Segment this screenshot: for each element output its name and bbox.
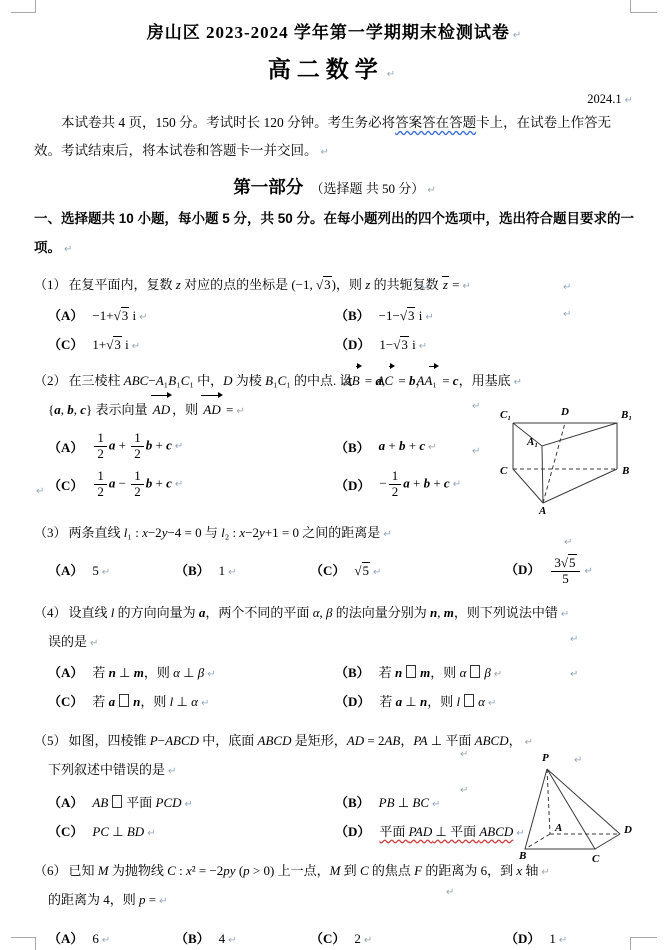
question-1-options: （A）−1+√3 i （B）−1−√3 i （C）1+√3 i （D）1−√3 … xyxy=(34,302,635,360)
option-a: （A）6 xyxy=(48,925,175,950)
question-4-options: （A）若 n ⊥ m，则 α ⊥ β （B）若 nm，则 αβ （C）若 an，… xyxy=(34,659,635,717)
option-d: （D）1 xyxy=(505,925,635,950)
exam-title: 房山区 2023-2024 学年第一学期期末检测试卷 xyxy=(34,18,635,43)
question-number: （2） xyxy=(34,373,67,388)
vertex-label: B xyxy=(621,465,629,477)
question-6-stem: （6）已知 M 为抛物线 C : x² = −2py (p > 0) 上一点，M… xyxy=(34,857,635,886)
paragraph-mark: ↵ xyxy=(446,887,454,898)
crop-mark-bottom-left xyxy=(11,937,36,950)
question-3-stem: （3）两条直线 l₁ : x−2y−4 = 0 与 l₂ : x−2y+1 = … xyxy=(34,519,635,548)
paragraph-mark: ↵ xyxy=(472,446,480,457)
paragraph-mark: ↵ xyxy=(472,401,480,412)
question-1-stem: （1）在复平面内，复数 z 对应的点的坐标是 (−1, √3)，则 z 的共轭复… xyxy=(34,271,635,300)
question-number: （4） xyxy=(34,605,67,620)
paragraph-mark: ↵ xyxy=(563,309,571,320)
vertex-label: B₁ xyxy=(620,409,632,421)
pyramid-edges xyxy=(525,769,620,849)
question-6-stem-line2: 的距离为 4，则 p = xyxy=(34,886,635,915)
exam-subject: 高二数学 xyxy=(34,51,635,84)
option-a: （A）−1+√3 i xyxy=(48,302,335,331)
paragraph-mark: ↵ xyxy=(460,785,468,796)
question-6: （6）已知 M 为抛物线 C : x² = −2py (p > 0) 上一点，M… xyxy=(34,857,635,950)
vertex-label: D xyxy=(560,406,569,418)
option-d: （D）若 a ⊥ n，则 lα xyxy=(335,688,635,717)
vertex-label: P xyxy=(542,752,549,764)
vertex-label: C₁ xyxy=(500,409,511,421)
paragraph-mark: ↵ xyxy=(460,749,468,760)
crop-mark-top-left xyxy=(11,0,36,13)
question-2: （2）在三棱柱 ABC−A₁B₁C₁ 中，D 为棱 B₁C₁ 的中点. 设 AB… xyxy=(34,367,635,503)
paragraph-mark: ↵ xyxy=(421,283,429,294)
question-2-stem: （2）在三棱柱 ABC−A₁B₁C₁ 中，D 为棱 B₁C₁ 的中点. 设 AB… xyxy=(34,367,635,396)
option-c: （C）若 an，则 l ⊥ α xyxy=(48,688,335,717)
option-d: （D）1−√3 i xyxy=(335,331,635,360)
option-c: （C）1+√3 i xyxy=(48,331,335,360)
exam-notice: 本试卷共 4 页，150 分。考试时长 120 分钟。考生务必将答案答在答题卡上… xyxy=(34,109,635,167)
question-3: （3）两条直线 l₁ : x−2y−4 = 0 与 l₂ : x−2y+1 = … xyxy=(34,519,635,587)
option-c: （C）√5 xyxy=(310,557,505,586)
option-c: （C）2 xyxy=(310,925,505,950)
exam-page: 房山区 2023-2024 学年第一学期期末检测试卷 高二数学 2024.1 本… xyxy=(0,0,665,950)
question-number: （1） xyxy=(34,277,67,292)
paragraph-mark: ↵ xyxy=(574,755,582,766)
option-a: （A）12a + 12b + c xyxy=(48,427,335,465)
vertex-label: C xyxy=(500,465,508,477)
vertex-label: A xyxy=(554,822,562,834)
part1-subtitle: （选择题 共 50 分） xyxy=(311,181,436,196)
part1-heading: 第一部分 （选择题 共 50 分） xyxy=(34,174,635,199)
crop-mark-top-right xyxy=(630,0,657,13)
question-1: （1）在复平面内，复数 z 对应的点的坐标是 (−1, √3)，则 z 的共轭复… xyxy=(34,271,635,360)
vertex-label: A xyxy=(538,505,546,515)
paragraph-mark: ↵ xyxy=(36,486,44,497)
question-4: （4）设直线 l 的方向向量为 a，两个不同的平面 α, β 的法向量分别为 n… xyxy=(34,599,635,717)
paragraph-mark: ↵ xyxy=(570,634,578,645)
option-c: （C）12a − 12b + c xyxy=(48,465,335,503)
question-number: （6） xyxy=(34,863,67,878)
paragraph-mark: ↵ xyxy=(563,282,571,293)
option-a: （A）AB平面 PCD xyxy=(48,789,335,818)
option-b: （B）−1−√3 i xyxy=(335,302,635,331)
option-d: （D）3√55 xyxy=(505,556,635,587)
triangular-prism-figure: C₁ D B₁ A₁ C B A xyxy=(497,393,657,519)
question-5: （5）如图，四棱锥 P−ABCD 中，底面 ABCD 是矩形，AD = 2AB，… xyxy=(34,727,635,847)
part1-instructions: 一、选择题共 10 小题，每小题 5 分，共 50 分。在每小题列出的四个选项中… xyxy=(34,204,635,264)
option-a: （A）5 xyxy=(48,557,175,586)
option-b: （B）1 xyxy=(175,557,310,586)
vertex-label: D xyxy=(623,824,632,836)
vertex-label: A₁ xyxy=(526,436,538,448)
question-number: （5） xyxy=(34,733,67,748)
question-4-stem-line2: 误的是 xyxy=(34,628,635,657)
paragraph-mark: ↵ xyxy=(570,669,578,680)
question-3-options: （A）5 （B）1 （C）√5 （D）3√55 xyxy=(34,556,635,587)
part1-title: 第一部分 xyxy=(233,177,303,197)
question-4-stem: （4）设直线 l 的方向向量为 a，两个不同的平面 α, β 的法向量分别为 n… xyxy=(34,599,635,628)
question-number: （3） xyxy=(34,525,67,540)
option-b: （B）若 nm，则 αβ xyxy=(335,659,635,688)
paragraph-mark: ↵ xyxy=(564,537,572,548)
option-c: （C）PC ⊥ BD xyxy=(48,818,335,847)
option-b: （B）4 xyxy=(175,925,310,950)
prism-edges xyxy=(513,423,617,503)
option-a: （A）若 n ⊥ m，则 α ⊥ β xyxy=(48,659,335,688)
exam-date: 2024.1 xyxy=(34,92,633,107)
question-6-options: （A）6 （B）4 （C）2 （D）1 xyxy=(34,925,635,950)
